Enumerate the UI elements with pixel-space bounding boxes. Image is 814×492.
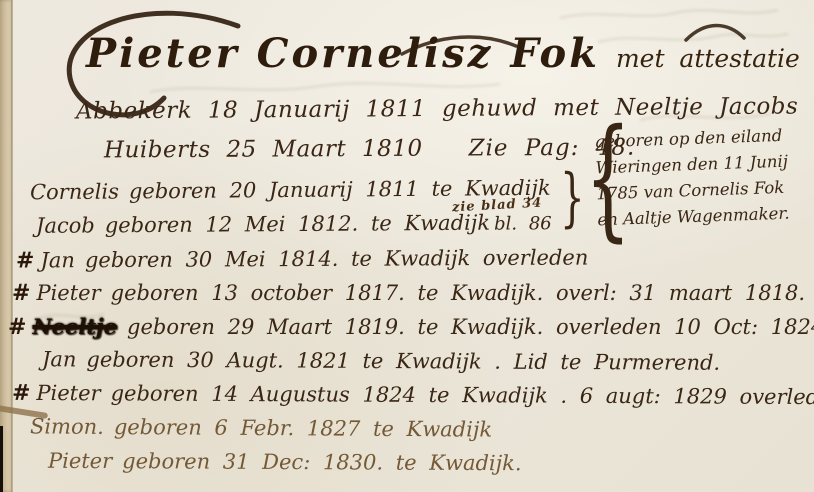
manuscript-page: Pieter Cornelisz Fokmet attestatie van T… bbox=[0, 0, 814, 492]
child-row: Simon.geboren 6 Febr. 1827 te Kwadijk bbox=[30, 414, 492, 441]
child-record-text: geboren 31 Dec: 1830. te Kwadijk. bbox=[122, 449, 522, 475]
side-note-line: en Aaltje Wagenmaker. bbox=[597, 201, 790, 234]
right-bracket: } bbox=[560, 168, 584, 228]
binding-crease bbox=[11, 0, 12, 492]
marriage-line: Abbekerk 18 Januarij 1811 gehuwd met Nee… bbox=[76, 93, 798, 124]
child-record-text: geboren 20 Januarij 1811 te Kwadijk bbox=[129, 176, 551, 204]
child-row: Cornelisgeboren 20 Januarij 1811 te Kwad… bbox=[30, 176, 551, 205]
child-row: #Pietergeboren 14 Augustus 1824 te Kwadi… bbox=[12, 380, 814, 410]
hash-marker: # bbox=[12, 280, 30, 306]
child-name: Pieter bbox=[36, 281, 100, 305]
child-record-text: geboren 6 Febr. 1827 te Kwadijk bbox=[114, 415, 492, 442]
child-record-text: geboren 30 Augt. 1821 te Kwadijk . Lid t… bbox=[86, 347, 720, 374]
birth-side-note: geboren op den eiland Wieringen den 11 J… bbox=[594, 123, 790, 234]
child-name: Pieter bbox=[48, 449, 112, 473]
child-row: #Neeltjegeboren 29 Maart 1819. te Kwadij… bbox=[8, 314, 814, 340]
child-name: Jan bbox=[40, 248, 75, 272]
marriage-date-text: Huiberts 25 Maart 1810 bbox=[104, 136, 423, 164]
child-record-text: geboren 30 Mei 1814. te Kwadijk overlede… bbox=[85, 246, 589, 273]
child-name: Simon. bbox=[30, 414, 104, 439]
attestation-text: met attestatie van Twisk X bbox=[616, 44, 814, 73]
blad-reference-note: bl. 86 bbox=[494, 213, 552, 234]
child-name: Pieter bbox=[36, 381, 100, 405]
child-row: Pietergeboren 31 Dec: 1830. te Kwadijk. bbox=[48, 449, 522, 475]
child-record-text: geboren 12 Mei 1812. te Kwadijk bbox=[105, 211, 490, 238]
child-name-blotted: Neeltje bbox=[32, 314, 117, 339]
child-row: #Jangeboren 30 Mei 1814. te Kwadijk over… bbox=[16, 245, 588, 274]
child-record-text: geboren 29 Maart 1819. te Kwadijk. overl… bbox=[127, 315, 814, 339]
child-name: Jacob bbox=[36, 213, 95, 237]
page-edge-shadow bbox=[0, 426, 3, 492]
hash-marker: # bbox=[8, 314, 26, 340]
child-name: Cornelis bbox=[30, 179, 119, 204]
record-title: Pieter Cornelisz Fokmet attestatie van T… bbox=[86, 30, 814, 77]
hash-marker: # bbox=[12, 380, 31, 406]
marriage-line2: Huiberts 25 Maart 1810Zie Pag: 48. bbox=[104, 135, 635, 164]
child-row: Jacobgeboren 12 Mei 1812. te Kwadijkbl. … bbox=[36, 210, 552, 238]
hash-marker: # bbox=[16, 247, 35, 273]
child-record-text: geboren 13 october 1817. te Kwadijk. ove… bbox=[111, 281, 805, 305]
child-row: Jangeboren 30 Augt. 1821 te Kwadijk . Li… bbox=[42, 347, 720, 375]
head-person-name: Pieter Cornelisz Fok bbox=[86, 30, 600, 77]
child-record-text: geboren 14 Augustus 1824 te Kwadijk . 6 … bbox=[111, 381, 814, 409]
child-row: #Pietergeboren 13 october 1817. te Kwadi… bbox=[12, 280, 805, 306]
child-name: Jan bbox=[42, 347, 77, 371]
